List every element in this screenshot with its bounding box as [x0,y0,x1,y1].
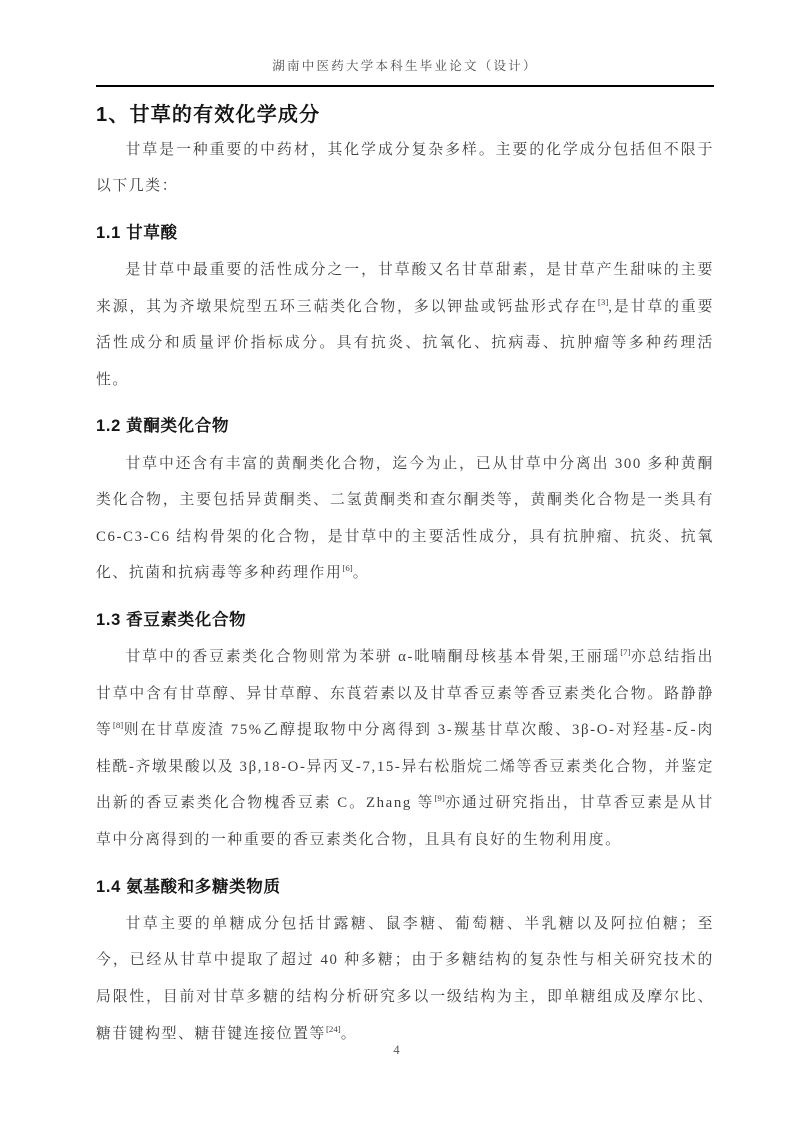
reference-marker: [3] [598,297,608,307]
document-page: 湖南中医药大学本科生毕业论文（设计） 1、甘草的有效化学成分 甘草是一种重要的中… [0,0,793,1122]
page-header-text: 湖南中医药大学本科生毕业论文（设计） [272,59,538,73]
section-paragraph: 甘草主要的单糖成分包括甘露糖、鼠李糖、葡萄糖、半乳糖以及阿拉伯糖；至今，已经从甘… [96,906,714,1052]
reference-marker: [24] [326,1024,341,1034]
section-glycyrrhizic-acid: 1.1 甘草酸 是甘草中最重要的活性成分之一，甘草酸又名甘草甜素，是甘草产生甜味… [96,220,714,399]
intro-paragraph: 甘草是一种重要的中药材，其化学成分复杂多样。主要的化学成分包括但不限于以下几类： [96,132,714,205]
header-divider [96,85,714,87]
reference-marker: [9] [434,794,444,804]
reference-marker: [6] [342,563,352,573]
section-flavonoids: 1.2 黄酮类化合物 甘草中还含有丰富的黄酮类化合物，迄今为止，已从甘草中分离出… [96,413,714,592]
section-paragraph: 甘草中还含有丰富的黄酮类化合物，迄今为止，已从甘草中分离出 300 多种黄酮类化… [96,446,714,592]
text-segment: 甘草是一种重要的中药材，其化学成分复杂多样。主要的化学成分包括但不限于以下几类： [96,142,714,195]
section-heading: 1.4 氨基酸和多糖类物质 [96,874,714,901]
section-heading: 1.3 香豆素类化合物 [96,607,714,634]
section-amino-acids-polysaccharides: 1.4 氨基酸和多糖类物质 甘草主要的单糖成分包括甘露糖、鼠李糖、葡萄糖、半乳糖… [96,874,714,1053]
text-segment: 。 [341,1026,357,1042]
section-heading: 1.1 甘草酸 [96,220,714,247]
text-segment: 甘草中的香豆素类化合物则常为苯骈 α-吡喃酮母核基本骨架,王丽瑶 [126,649,621,665]
text-segment: 。 [353,565,369,581]
section-heading: 1.2 黄酮类化合物 [96,413,714,440]
page-header: 湖南中医药大学本科生毕业论文（设计） [96,58,714,76]
page-number: 4 [0,1043,793,1058]
page-title: 1、甘草的有效化学成分 [96,100,714,130]
section-paragraph: 是甘草中最重要的活性成分之一，甘草酸又名甘草甜素，是甘草产生甜味的主要来源，其为… [96,252,714,398]
text-segment: 甘草中还含有丰富的黄酮类化合物，迄今为止，已从甘草中分离出 300 多种黄酮类化… [96,456,714,582]
text-segment: 甘草主要的单糖成分包括甘露糖、鼠李糖、葡萄糖、半乳糖以及阿拉伯糖；至今，已经从甘… [96,916,714,1042]
reference-marker: [8] [113,720,123,730]
section-coumarins: 1.3 香豆素类化合物 甘草中的香豆素类化合物则常为苯骈 α-吡喃酮母核基本骨架… [96,607,714,859]
reference-marker: [7] [620,647,630,657]
section-paragraph: 甘草中的香豆素类化合物则常为苯骈 α-吡喃酮母核基本骨架,王丽瑶[7]亦总结指出… [96,639,714,859]
